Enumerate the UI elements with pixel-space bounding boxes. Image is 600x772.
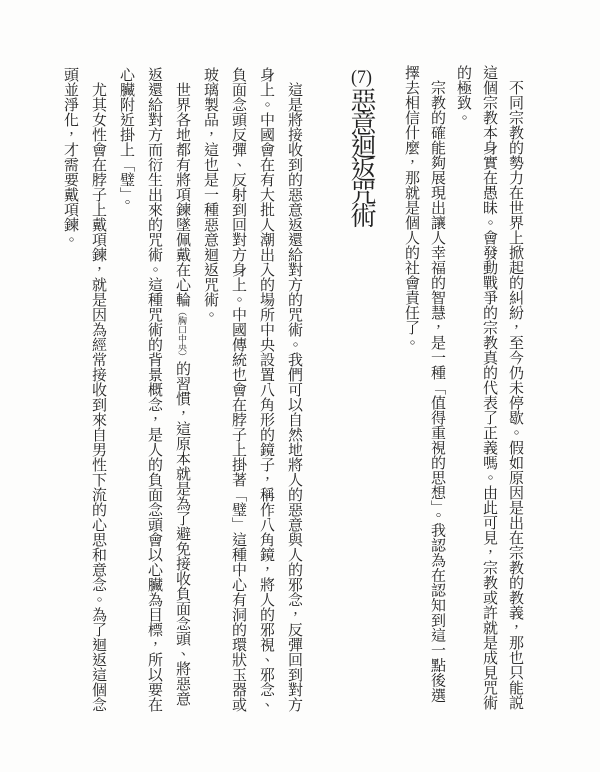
body-paragraph-2: 世界各地都有將項鍊墜佩戴在心輪（胸口中央）的習慣，這原本就是為了避免接收負面念頭…	[112, 67, 196, 712]
body-text-block: 這是將接收到的惡意返還給對方的咒術。我們可以自然地將人的惡意與人的邪念，反彈回到…	[56, 67, 308, 712]
preamble-paragraph-2: 宗教的確能夠展現出讓人幸福的智慧，是一種「值得重視的思想」。我認為在認知到這一點…	[398, 65, 450, 710]
section-title: 惡意迴返咒術	[347, 87, 376, 225]
book-page: 不同宗教的勢力在世界上掀起的糾紛，至今仍未停歇。假如原因是出在宗教的教義，那也只…	[0, 0, 600, 772]
section-heading: (7)惡意迴返咒術	[344, 68, 378, 225]
inline-note-chest-center: （胸口中央）	[177, 307, 187, 361]
body-paragraph-1: 這是將接收到的惡意返還給對方的咒術。我們可以自然地將人的惡意與人的邪念，反彈回到…	[196, 67, 308, 712]
body-paragraph-2-text: 世界各地都有將項鍊墜佩戴在心輪	[174, 82, 190, 307]
preamble-text-block: 不同宗教的勢力在世界上掀起的糾紛，至今仍未停歇。假如原因是出在宗教的教義，那也只…	[398, 65, 528, 710]
section-number: (7)	[351, 68, 372, 87]
preamble-paragraph-1: 不同宗教的勢力在世界上掀起的糾紛，至今仍未停歇。假如原因是出在宗教的教義，那也只…	[450, 65, 528, 710]
body-paragraph-3: 尤其女性會在脖子上戴項鍊，就是因為經常接收到來自男性下流的心思和意念。為了迴返這…	[56, 67, 112, 712]
